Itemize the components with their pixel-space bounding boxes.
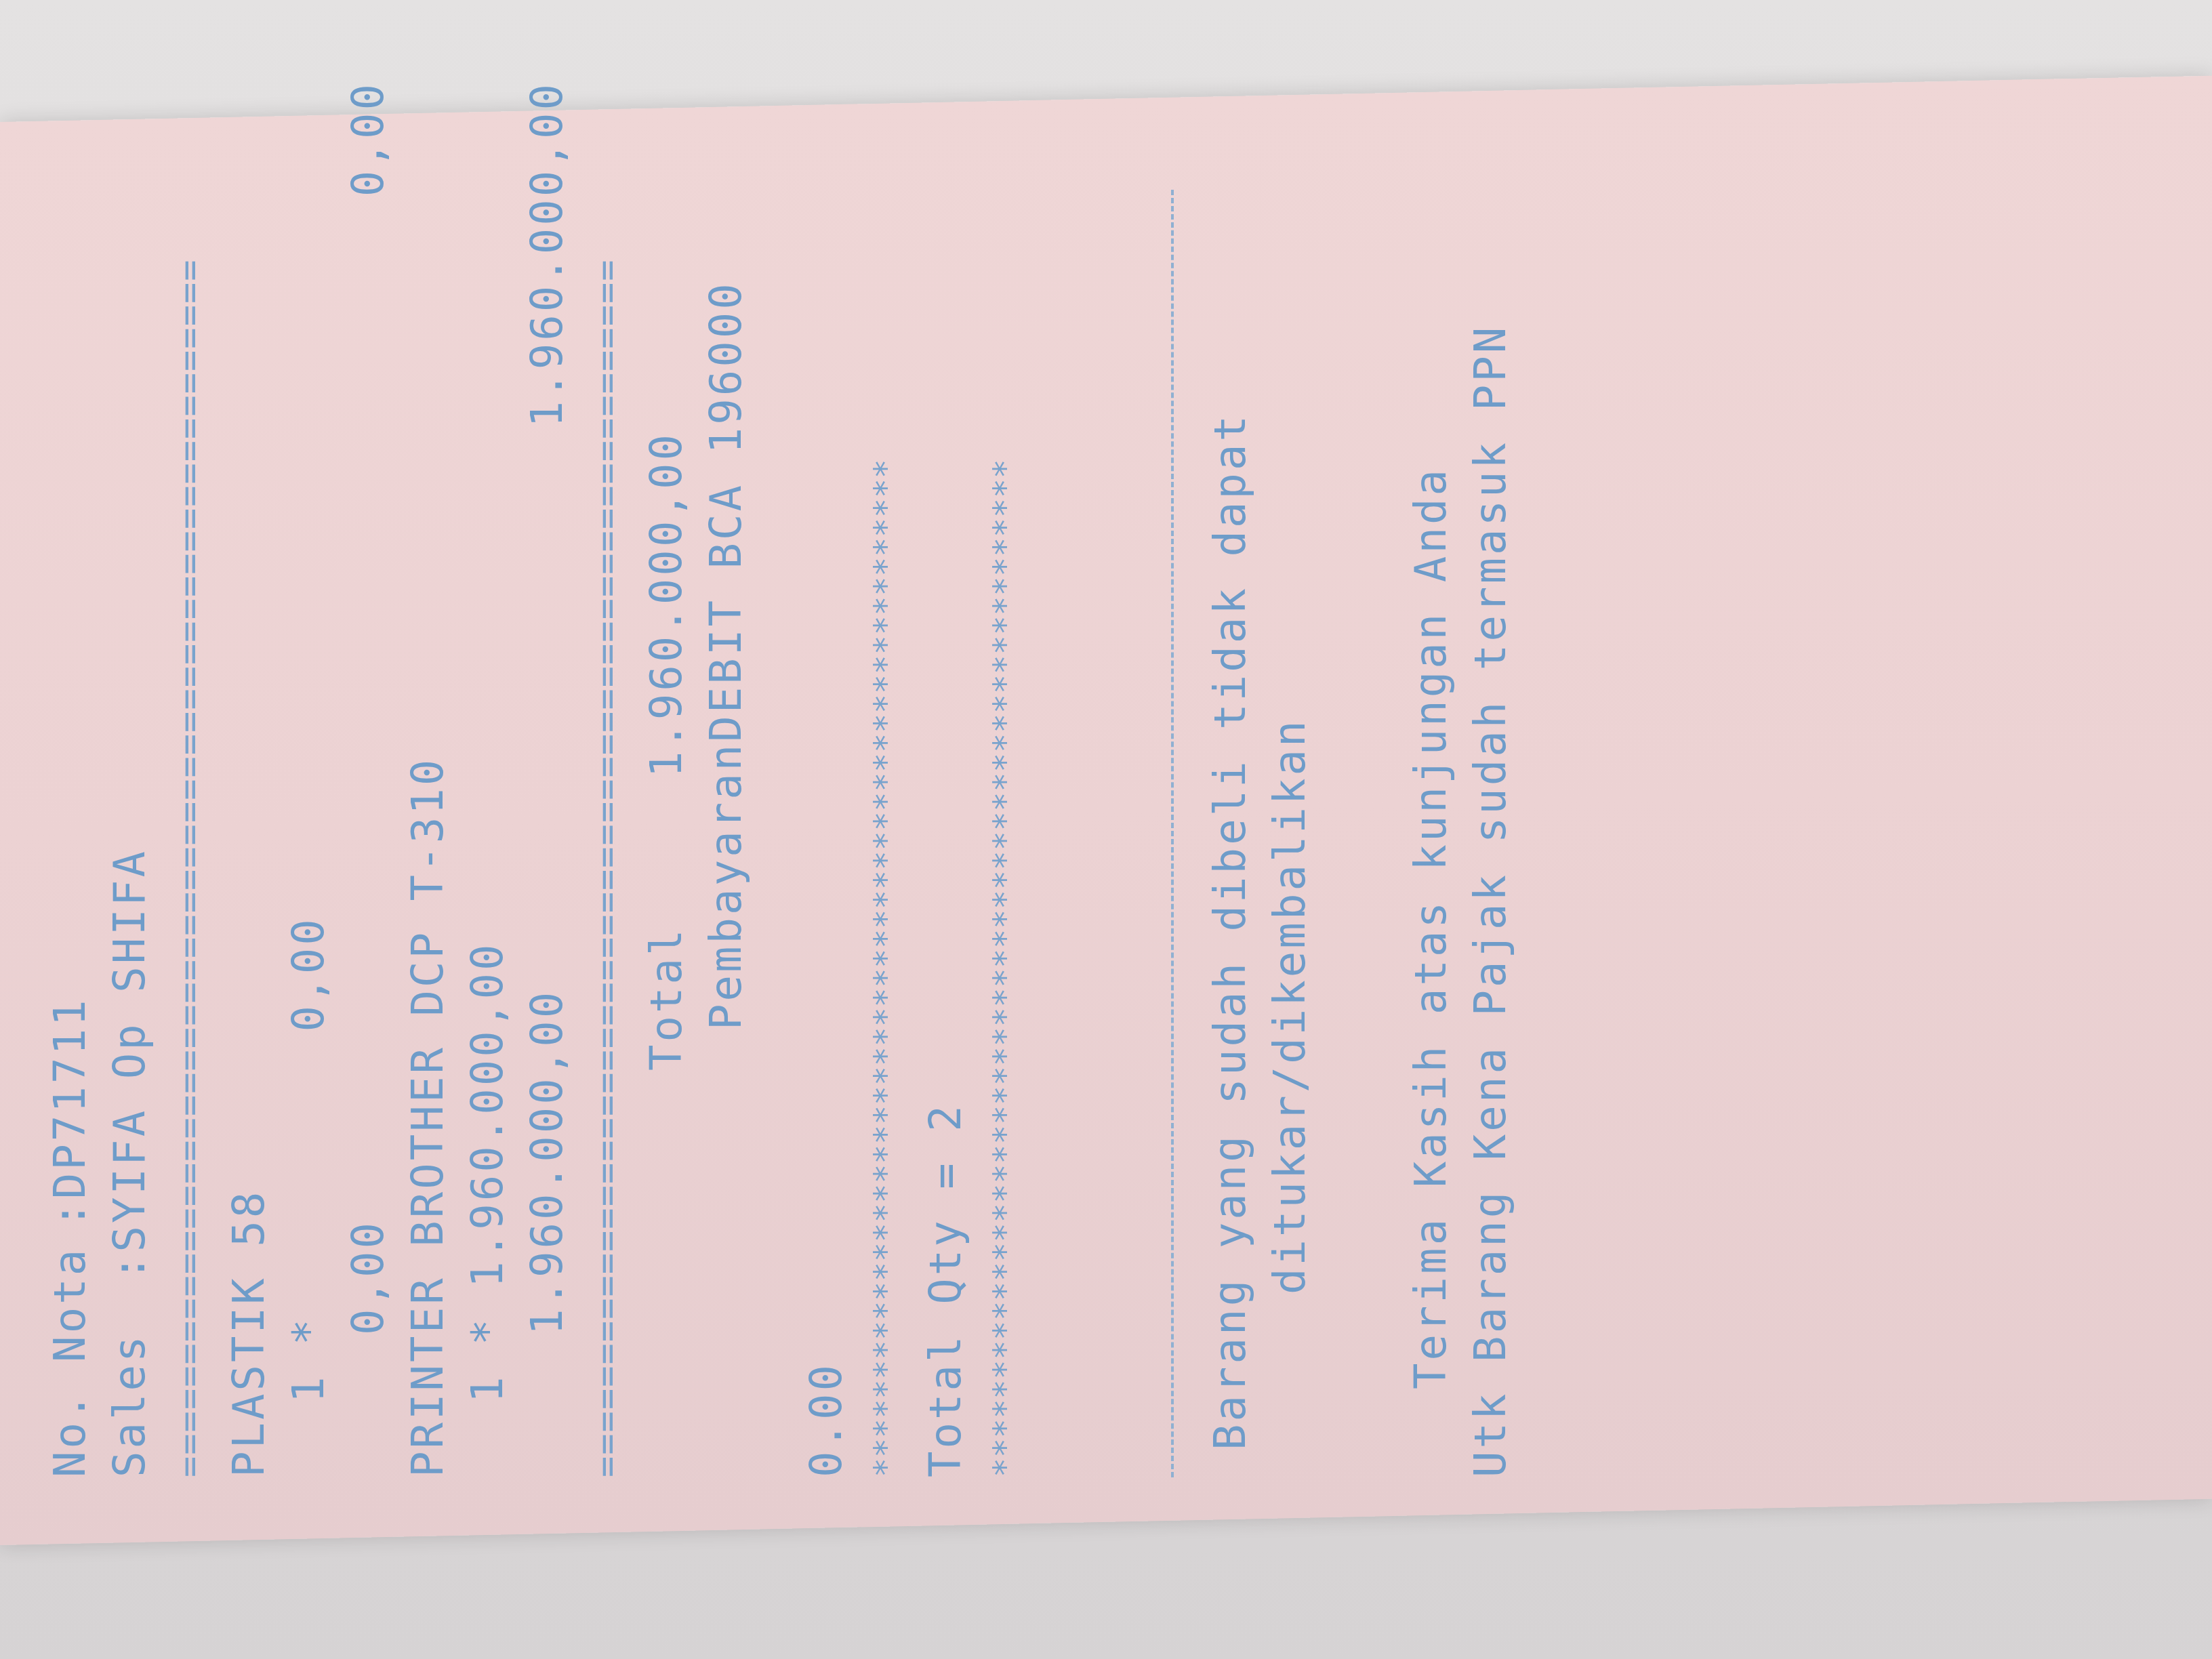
divider-equals: ========================================…: [577, 54, 637, 1477]
nota-value: :DP71711: [49, 998, 92, 1247]
notice-line-1: Barang yang sudah dibeli tidak dapat: [1201, 54, 1261, 1477]
divider-stars: ****************************************…: [976, 54, 1036, 1477]
payment-line: PembayaranDEBIT BCA 196000: [705, 281, 748, 1477]
spacer: [1036, 54, 1130, 1477]
change-value: 0.00: [797, 54, 857, 1477]
divider-equals: ========================================…: [160, 54, 220, 1477]
item-subtotal: 1.960.000,00: [526, 989, 569, 1477]
payment-row: PembayaranDEBIT BCA 196000: [697, 54, 756, 1477]
item-qty: 1 *: [287, 1316, 331, 1477]
divider-stars: ****************************************…: [857, 54, 916, 1477]
sales-row: Sales :SYIFA Op SHIFA: [100, 54, 160, 1477]
item-qty-row: 1 * 0,00: [279, 54, 339, 1477]
item-subtotal-row: 1.960.000,00 1.960.000,00: [518, 54, 577, 1477]
receipt: No. Nota :DP71711 Sales :SYIFA Op SHIFA …: [41, 54, 1521, 1477]
item-subtotal: 0,00: [347, 54, 390, 197]
item-name: PLASTIK 58: [220, 54, 279, 1477]
nota-row: No. Nota :DP71711: [41, 54, 100, 1477]
item-discount: 0,00: [347, 1220, 390, 1477]
sales-label: Sales: [108, 1281, 152, 1477]
item-line-total: 1.960.000,00: [526, 54, 569, 427]
spacer: [756, 54, 797, 1477]
thanks-line: Terima Kasih atas kunjungan Anda: [1401, 54, 1461, 1477]
total-value: 1.960.000,00: [645, 432, 689, 926]
item-unit-price: 0,00: [287, 916, 331, 1316]
divider-dashed: [1171, 190, 1174, 1477]
total-label: Total: [645, 926, 689, 1477]
notice-line-2: ditukar/dikembalikan: [1261, 54, 1320, 1477]
item-subtotal-row: 0,00 0,00: [339, 54, 398, 1477]
item-name: PRINTER BROTHER DCP T-310: [398, 54, 458, 1477]
sales-value: :SYIFA Op SHIFA: [108, 848, 152, 1281]
item-qty: 1 * 1.960.000,00: [458, 54, 518, 1477]
tax-note: Utk Barang Kena Pajak sudah termasuk PPN: [1461, 54, 1521, 1477]
spacer: [1320, 54, 1401, 1477]
nota-label: No. Nota: [49, 1247, 92, 1477]
photo-background: No. Nota :DP71711 Sales :SYIFA Op SHIFA …: [0, 0, 2212, 1659]
total-qty: Total Qty = 2: [916, 54, 976, 1477]
total-row: Total 1.960.000,00: [637, 54, 697, 1477]
